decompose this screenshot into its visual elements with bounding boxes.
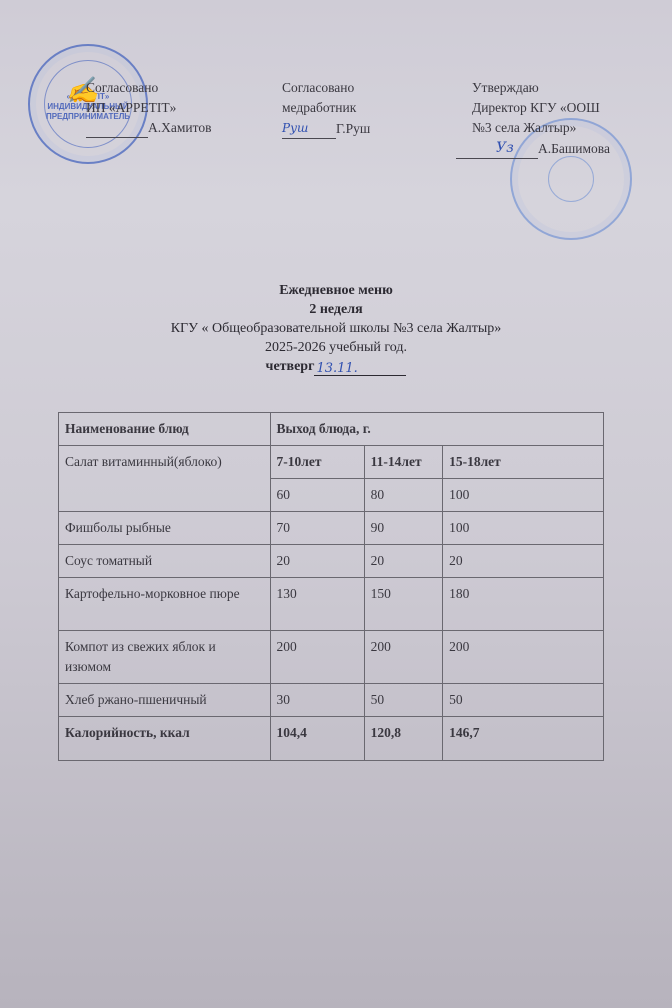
- age-group: 15-18лет: [443, 446, 604, 479]
- dish-name: Салат витаминный(яблоко): [59, 446, 271, 512]
- table-row: Картофельно-морковное пюре 130 150 180: [59, 578, 604, 631]
- school-name: КГУ « Общеобразовательной школы №3 села …: [0, 319, 672, 338]
- signature-line: [86, 137, 148, 138]
- yield-value: 80: [364, 479, 442, 512]
- approval-heading: Утверждаю: [472, 78, 610, 98]
- yield-value: 150: [364, 578, 442, 631]
- total-label: Калорийность, ккал: [59, 717, 271, 761]
- yield-value: 60: [270, 479, 364, 512]
- table-total-row: Калорийность, ккал 104,4 120,8 146,7: [59, 717, 604, 761]
- age-group: 7-10лет: [270, 446, 364, 479]
- dish-name: Фишболы рыбные: [59, 512, 271, 545]
- school-year: 2025-2026 учебный год.: [0, 338, 672, 357]
- signature-line: Уз: [456, 138, 538, 159]
- approval-position: медработник: [282, 98, 370, 118]
- menu-title-block: Ежедневное меню 2 неделя КГУ « Общеобраз…: [0, 281, 672, 376]
- handwritten-date: 13.11.: [314, 361, 357, 376]
- yield-value: 50: [364, 684, 442, 717]
- yield-value: 30: [270, 684, 364, 717]
- yield-value: 50: [443, 684, 604, 717]
- yield-value: 180: [443, 578, 604, 631]
- menu-table: Наименование блюд Выход блюда, г. Салат …: [58, 412, 604, 761]
- table-row: Компот из свежих яблок и изюмом 200 200 …: [59, 631, 604, 684]
- week-label: 2 неделя: [0, 300, 672, 319]
- calorie-value: 120,8: [364, 717, 442, 761]
- yield-value: 100: [443, 512, 604, 545]
- approval-heading: Согласовано: [86, 78, 211, 98]
- calorie-value: 146,7: [443, 717, 604, 761]
- dish-name: Картофельно-морковное пюре: [59, 578, 271, 631]
- yield-value: 90: [364, 512, 442, 545]
- approval-position-line2: №3 села Жалтыр»: [472, 118, 610, 138]
- yield-value: 100: [443, 479, 604, 512]
- dish-name: Компот из свежих яблок и изюмом: [59, 631, 271, 684]
- yield-value: 200: [270, 631, 364, 684]
- approval-block-medic: Согласовано медработник РушГ.Руш: [282, 78, 370, 139]
- approval-signatory: А.Хамитов: [148, 120, 211, 135]
- age-group: 11-14лет: [364, 446, 442, 479]
- approval-signatory: Г.Руш: [336, 121, 370, 136]
- yield-value: 200: [443, 631, 604, 684]
- document-page: «APPETIT» ИНДИВИДУАЛЬНЫЙ ПРЕДПРИНИМАТЕЛЬ…: [0, 0, 672, 1008]
- approval-position: Директор КГУ «ООШ: [472, 98, 610, 118]
- yield-value: 20: [364, 545, 442, 578]
- calorie-value: 104,4: [270, 717, 364, 761]
- date-field: 13.11.: [314, 359, 406, 376]
- table-header-row: Наименование блюд Выход блюда, г.: [59, 413, 604, 446]
- approval-block-supplier: Согласовано ИП «APPETIT» А.Хамитов: [86, 78, 211, 138]
- table-row: Соус томатный 20 20 20: [59, 545, 604, 578]
- table-row: Хлеб ржано-пшеничный 30 50 50: [59, 684, 604, 717]
- day-label: четверг: [266, 359, 315, 374]
- approval-block-director: Утверждаю Директор КГУ «ООШ №3 села Жалт…: [472, 78, 610, 159]
- header-yield: Выход блюда, г.: [270, 413, 603, 446]
- header-dish-name: Наименование блюд: [59, 413, 271, 446]
- signature-line: Руш: [282, 118, 336, 139]
- yield-value: 130: [270, 578, 364, 631]
- yield-value: 20: [443, 545, 604, 578]
- yield-value: 20: [270, 545, 364, 578]
- table-row: Салат витаминный(яблоко) 7-10лет 11-14ле…: [59, 446, 604, 479]
- handwritten-signature-rush: Руш: [282, 121, 308, 135]
- table-row: Фишболы рыбные 70 90 100: [59, 512, 604, 545]
- dish-name: Хлеб ржано-пшеничный: [59, 684, 271, 717]
- handwritten-signature-bashimova: Уз: [456, 140, 514, 156]
- approval-organization: ИП «APPETIT»: [86, 98, 211, 118]
- approval-heading: Согласовано: [282, 78, 370, 98]
- menu-title: Ежедневное меню: [0, 281, 672, 300]
- yield-value: 200: [364, 631, 442, 684]
- yield-value: 70: [270, 512, 364, 545]
- approval-signatory: А.Башимова: [538, 141, 610, 156]
- dish-name: Соус томатный: [59, 545, 271, 578]
